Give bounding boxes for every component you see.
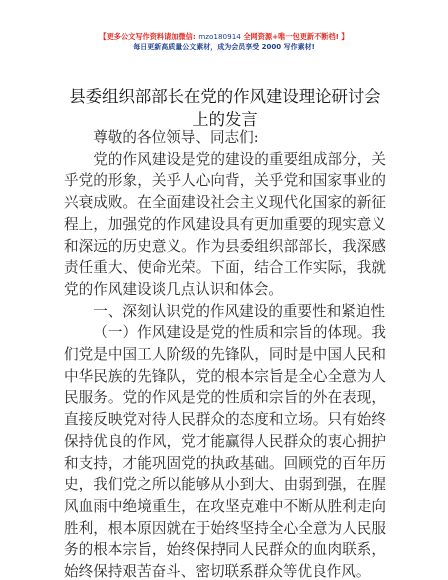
wechat-id: mzo180914 — [198, 32, 241, 41]
paragraph-intro: 党的作风建设是党的建设的重要组成部分，关乎党的形象，关乎人心向背，关乎党和国家事… — [64, 149, 386, 301]
section-heading-1: 一、深刻认识党的作风建设的重要性和紧迫性 — [64, 301, 386, 323]
promo-banner-line-1: 【更多公文写作资料请加微信: mzo180914 全网资源+唯一包更新不断档! … — [0, 31, 448, 42]
promo-banner: 【更多公文写作资料请加微信: mzo180914 全网资源+唯一包更新不断档! … — [0, 31, 448, 53]
promo-suffix: 全网资源+唯一包更新不断档! 】 — [243, 32, 348, 41]
document-body: 尊敬的各位领导、同志们: 党的作风建设是党的建设的重要组成部分，关乎党的形象，关… — [64, 127, 386, 580]
document-page: 【更多公文写作资料请加微信: mzo180914 全网资源+唯一包更新不断档! … — [0, 0, 448, 580]
page-number: 1 — [0, 542, 448, 553]
promo-prefix: 【更多公文写作资料请加微信: — [99, 32, 195, 41]
promo-banner-line-2: 每日更新高质量公文素材，成为会员享受 2000 写作素材! — [0, 42, 448, 53]
salutation: 尊敬的各位领导、同志们: — [64, 127, 386, 149]
document-title: 县委组织部部长在党的作风建设理论研讨会上的发言 — [64, 85, 386, 131]
